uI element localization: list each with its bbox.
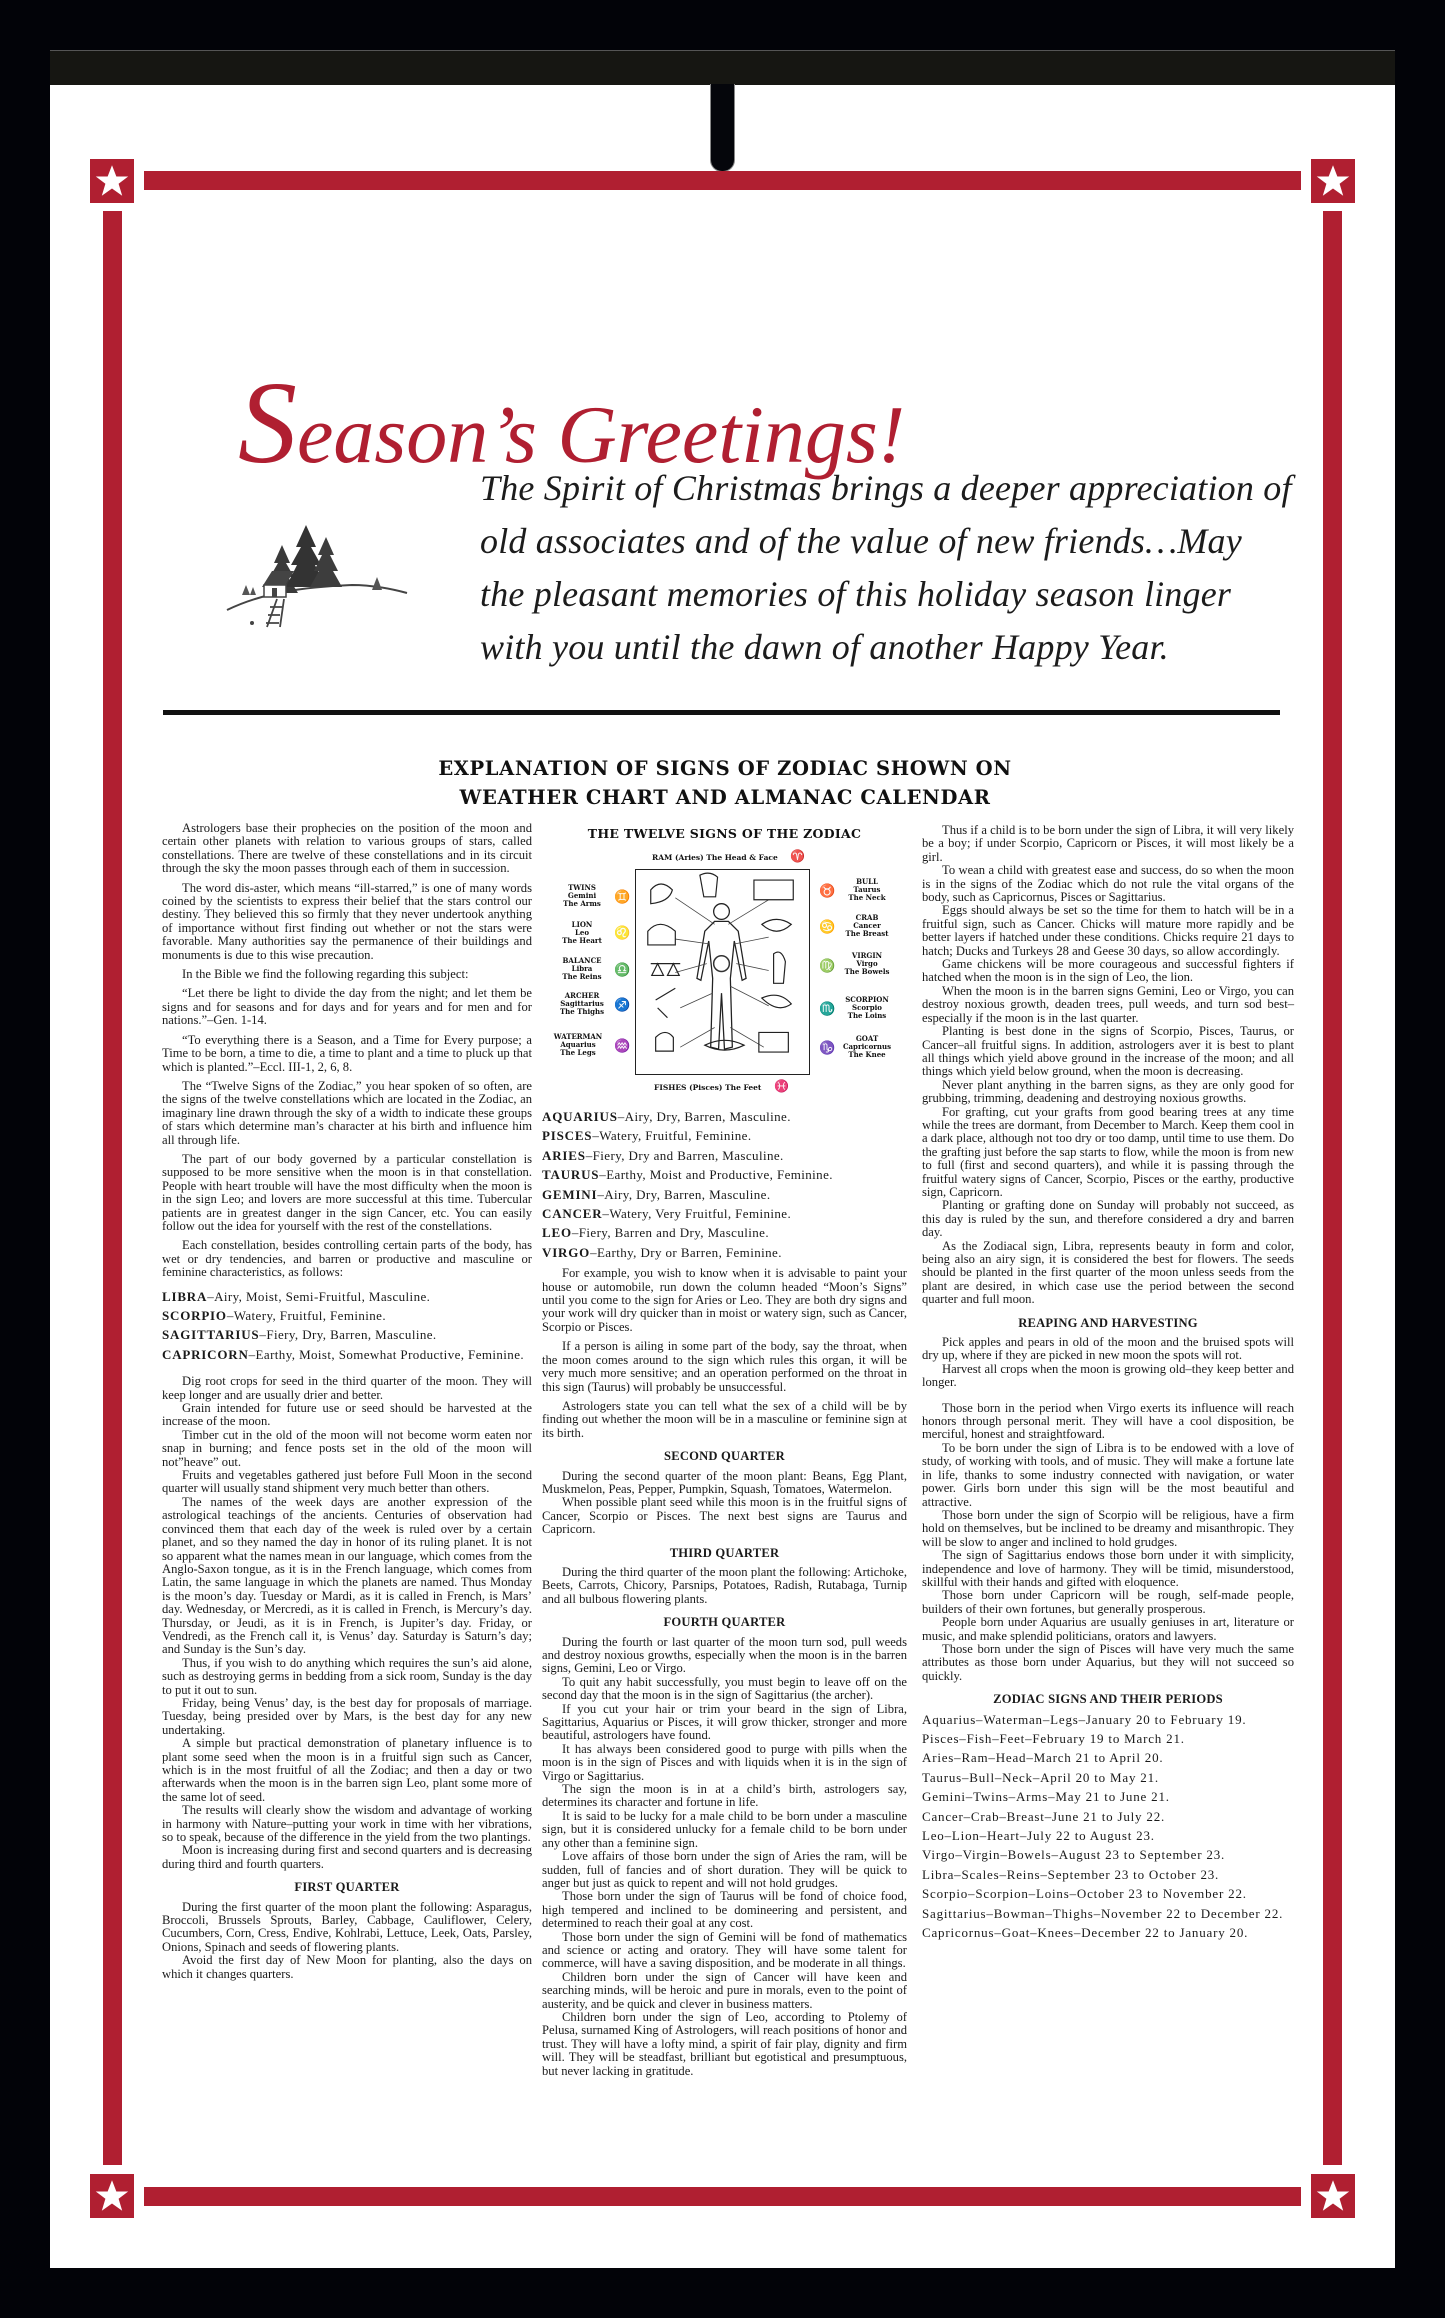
paragraph: Love affairs of those born under the sig… bbox=[542, 1850, 907, 1890]
label-line: The Knee bbox=[837, 1051, 897, 1059]
message-line: with you until the dawn of another Happy… bbox=[480, 621, 1240, 674]
zodiac-body-chart: THE TWELVE SIGNS OF THE ZODIAC RAM (Arie… bbox=[542, 826, 907, 1106]
border-top bbox=[144, 171, 1301, 190]
label-line: The Thighs bbox=[552, 1008, 612, 1016]
subheading-zodiac-periods: ZODIAC SIGNS AND THEIR PERIODS bbox=[922, 1693, 1294, 1706]
paragraph: Thus if a child is to be born under the … bbox=[922, 824, 1294, 864]
scorpio-glyph-icon: ♏ bbox=[819, 1002, 835, 1017]
sign-name: VIRGO bbox=[542, 1245, 590, 1260]
paragraph: The word dis-aster, which means “ill-sta… bbox=[162, 882, 532, 962]
paragraph: To be born under the sign of Libra is to… bbox=[922, 1442, 1294, 1509]
paragraph: Astrologers state you can tell what the … bbox=[542, 1400, 907, 1440]
message-line: The Spirit of Christmas brings a deeper … bbox=[480, 462, 1240, 515]
sagittarius-glyph-icon: ♐ bbox=[614, 998, 630, 1013]
paragraph: Those born under the sign of Pisces will… bbox=[922, 1643, 1294, 1683]
pisces-label: FISHES (Pisces) The Feet bbox=[654, 1083, 761, 1092]
capricorn-glyph-icon: ♑ bbox=[819, 1041, 835, 1056]
period-item: Taurus–Bull–Neck–April 20 to May 21. bbox=[922, 1771, 1294, 1784]
figure-label-sagittarius: ARCHERSagittariusThe Thighs bbox=[552, 992, 612, 1016]
paragraph: When possible plant seed while this moon… bbox=[542, 1496, 907, 1536]
message-line: old associates and of the value of new f… bbox=[480, 515, 1240, 568]
paragraph: “Let there be light to divide the day fr… bbox=[162, 987, 532, 1027]
sign-trait-line: VIRGO–Earthy, Dry or Barren, Feminine. bbox=[542, 1246, 907, 1259]
star-icon bbox=[1311, 159, 1355, 203]
sign-name: AQUARIUS bbox=[542, 1109, 618, 1124]
figure-label-aquarius: WATERMANAquariusThe Legs bbox=[548, 1033, 608, 1057]
subheading-reaping-harvesting: REAPING AND HARVESTING bbox=[922, 1317, 1294, 1330]
paragraph: As the Zodiacal sign, Libra, represents … bbox=[922, 1240, 1294, 1307]
paragraph: Those born under the sign of Scorpio wil… bbox=[922, 1509, 1294, 1549]
paragraph: Friday, being Venus’ day, is the best da… bbox=[162, 1697, 532, 1737]
label-line: The Legs bbox=[548, 1049, 608, 1057]
period-item: Gemini–Twins–Arms–May 21 to June 21. bbox=[922, 1790, 1294, 1803]
period-item: Virgo–Virgin–Bowels–August 23 to Septemb… bbox=[922, 1848, 1294, 1861]
paragraph: The results will clearly show the wisdom… bbox=[162, 1804, 532, 1844]
border-left bbox=[103, 211, 122, 2165]
section-title: EXPLANATION OF SIGNS OF ZODIAC SHOWN ON … bbox=[250, 754, 1200, 812]
sign-name: LEO bbox=[542, 1225, 572, 1240]
article-column-3: Thus if a child is to be born under the … bbox=[922, 824, 1294, 1945]
hanger-slot bbox=[710, 84, 735, 172]
period-item: Leo–Lion–Heart–July 22 to August 23. bbox=[922, 1829, 1294, 1842]
article-column-2: AQUARIUS–Airy, Dry, Barren, Masculine. P… bbox=[542, 1110, 907, 2078]
paragraph: Eggs should always be set so the time fo… bbox=[922, 904, 1294, 958]
pisces-glyph-icon: ♓ bbox=[774, 1079, 789, 1093]
sign-name: SAGITTARIUS bbox=[162, 1327, 259, 1342]
gemini-glyph-icon: ♊ bbox=[614, 890, 630, 905]
paragraph: Dig root crops for seed in the third qua… bbox=[162, 1375, 532, 1402]
sign-trait-line: ARIES–Fiery, Dry and Barren, Masculine. bbox=[542, 1149, 907, 1162]
period-item: Scorpio–Scorpion–Loins–October 23 to Nov… bbox=[922, 1887, 1294, 1900]
aries-glyph-icon: ♈ bbox=[790, 849, 805, 863]
sign-desc: –Airy, Moist, Semi-Fruitful, Masculine. bbox=[207, 1289, 430, 1304]
paragraph: Astrologers base their prophecies on the… bbox=[162, 822, 532, 876]
sign-name: ARIES bbox=[542, 1148, 586, 1163]
period-item: Aries–Ram–Head–March 21 to April 20. bbox=[922, 1751, 1294, 1764]
aquarius-glyph-icon: ♒ bbox=[614, 1039, 630, 1054]
sign-desc: –Watery, Very Fruitful, Feminine. bbox=[602, 1206, 791, 1221]
paragraph: If a person is ailing in some part of th… bbox=[542, 1340, 907, 1394]
leo-glyph-icon: ♌ bbox=[614, 926, 630, 941]
paragraph: Timber cut in the old of the moon will n… bbox=[162, 1429, 532, 1469]
label-line: The Loins bbox=[837, 1012, 897, 1020]
sign-name: SCORPIO bbox=[162, 1308, 227, 1323]
paragraph: It is said to be lucky for a male child … bbox=[542, 1810, 907, 1850]
label-line: The Neck bbox=[837, 894, 897, 902]
period-item: Sagittarius–Bowman–Thighs–November 22 to… bbox=[922, 1907, 1294, 1920]
paragraph: The names of the week days are another e… bbox=[162, 1496, 532, 1657]
sign-name: GEMINI bbox=[542, 1187, 597, 1202]
paragraph: During the fourth or last quarter of the… bbox=[542, 1636, 907, 1676]
period-item: Capricornus–Goat–Knees–December 22 to Ja… bbox=[922, 1926, 1294, 1939]
paragraph: Pick apples and pears in old of the moon… bbox=[922, 1336, 1294, 1363]
sign-trait-line: CAPRICORN–Earthy, Moist, Somewhat Produc… bbox=[162, 1348, 532, 1361]
message-line: the pleasant memories of this holiday se… bbox=[480, 568, 1240, 621]
calendar-binding-strip bbox=[50, 50, 1395, 85]
figure-label-leo: LIONLeoThe Heart bbox=[552, 921, 612, 945]
paragraph: Game chickens will be more courageous an… bbox=[922, 958, 1294, 985]
paragraph: Each constellation, besides controlling … bbox=[162, 1239, 532, 1279]
figure-label-taurus: BULLTaurusThe Neck bbox=[837, 878, 897, 902]
paragraph: “To everything there is a Season, and a … bbox=[162, 1034, 532, 1074]
sign-trait-line: LIBRA–Airy, Moist, Semi-Fruitful, Mascul… bbox=[162, 1290, 532, 1303]
sign-desc: –Fiery, Barren and Dry, Masculine. bbox=[572, 1225, 769, 1240]
period-item: Cancer–Crab–Breast–June 21 to July 22. bbox=[922, 1810, 1294, 1823]
figure-title: THE TWELVE SIGNS OF THE ZODIAC bbox=[542, 826, 907, 841]
sign-trait-line: TAURUS–Earthy, Moist and Productive, Fem… bbox=[542, 1168, 907, 1181]
sign-desc: –Fiery, Dry, Barren, Masculine. bbox=[259, 1327, 436, 1342]
sign-name: LIBRA bbox=[162, 1289, 207, 1304]
sign-trait-line: AQUARIUS–Airy, Dry, Barren, Masculine. bbox=[542, 1110, 907, 1123]
paragraph: When the moon is in the barren signs Gem… bbox=[922, 985, 1294, 1025]
aries-label: RAM (Aries) The Head & Face bbox=[652, 853, 778, 862]
subheading-first-quarter: FIRST QUARTER bbox=[162, 1881, 532, 1894]
subheading-third-quarter: THIRD QUARTER bbox=[542, 1547, 907, 1560]
sign-desc: –Airy, Dry, Barren, Masculine. bbox=[597, 1187, 770, 1202]
paragraph: Avoid the first day of New Moon for plan… bbox=[162, 1954, 532, 1981]
paragraph: A simple but practical demonstration of … bbox=[162, 1737, 532, 1804]
sign-desc: –Fiery, Dry and Barren, Masculine. bbox=[586, 1148, 784, 1163]
sign-desc: –Airy, Dry, Barren, Masculine. bbox=[618, 1109, 791, 1124]
figure-label-scorpio: SCORPIONScorpioThe Loins bbox=[837, 996, 897, 1020]
paragraph: To quit any habit successfully, you must… bbox=[542, 1676, 907, 1703]
period-item: Pisces–Fish–Feet–February 19 to March 21… bbox=[922, 1732, 1294, 1745]
article-column-1: Astrologers base their prophecies on the… bbox=[162, 822, 532, 1981]
label-line: The Heart bbox=[552, 937, 612, 945]
figure-label-cancer: CRABCancerThe Breast bbox=[837, 914, 897, 938]
paragraph: During the second quarter of the moon pl… bbox=[542, 1470, 907, 1497]
border-bottom bbox=[144, 2187, 1301, 2206]
period-item: Aquarius–Waterman–Legs–January 20 to Feb… bbox=[922, 1713, 1294, 1726]
sign-desc: –Earthy, Moist and Productive, Feminine. bbox=[599, 1167, 833, 1182]
greeting-message: The Spirit of Christmas brings a deeper … bbox=[480, 462, 1240, 674]
paragraph: People born under Aquarius are usually g… bbox=[922, 1616, 1294, 1643]
paragraph: Grain intended for future use or seed sh… bbox=[162, 1402, 532, 1429]
sign-name: TAURUS bbox=[542, 1167, 599, 1182]
paragraph: Never plant anything in the barren signs… bbox=[922, 1079, 1294, 1106]
star-icon bbox=[1311, 2174, 1355, 2218]
sign-desc: –Earthy, Dry or Barren, Feminine. bbox=[590, 1245, 782, 1260]
sign-trait-line: SCORPIO–Watery, Fruitful, Feminine. bbox=[162, 1309, 532, 1322]
paragraph: Planting is best done in the signs of Sc… bbox=[922, 1025, 1294, 1079]
figure-top-label: RAM (Aries) The Head & Face ♈ bbox=[652, 849, 812, 863]
label-line: The Bowels bbox=[837, 968, 897, 976]
sign-desc: –Watery, Fruitful, Feminine. bbox=[227, 1308, 386, 1323]
label-line: The Breast bbox=[837, 930, 897, 938]
virgo-glyph-icon: ♍ bbox=[819, 959, 835, 974]
paragraph: The sign of Sagittarius endows those bor… bbox=[922, 1549, 1294, 1589]
paragraph: Children born under the sign of Cancer w… bbox=[542, 1971, 907, 2011]
star-icon bbox=[90, 159, 134, 203]
sign-trait-line: PISCES–Watery, Fruitful, Feminine. bbox=[542, 1129, 907, 1142]
paragraph: Harvest all crops when the moon is growi… bbox=[922, 1363, 1294, 1390]
greeting-initial: S bbox=[238, 357, 297, 488]
paragraph: It has always been considered good to pu… bbox=[542, 1743, 907, 1783]
period-item: Libra–Scales–Reins–September 23 to Octob… bbox=[922, 1868, 1294, 1881]
paragraph: Fruits and vegetables gathered just befo… bbox=[162, 1469, 532, 1496]
sign-trait-line: GEMINI–Airy, Dry, Barren, Masculine. bbox=[542, 1188, 907, 1201]
figure-label-virgo: VIRGINVirgoThe Bowels bbox=[837, 952, 897, 976]
paragraph: Those born in the period when Virgo exer… bbox=[922, 1402, 1294, 1442]
paragraph: The sign the moon is in at a child’s bir… bbox=[542, 1783, 907, 1810]
paragraph: The “Twelve Signs of the Zodiac,” you he… bbox=[162, 1080, 532, 1147]
cancer-glyph-icon: ♋ bbox=[819, 920, 835, 935]
zodiac-periods-list: Aquarius–Waterman–Legs–January 20 to Feb… bbox=[922, 1713, 1294, 1940]
sign-desc: –Watery, Fruitful, Feminine. bbox=[592, 1128, 751, 1143]
label-line: The Arms bbox=[552, 900, 612, 908]
libra-glyph-icon: ♎ bbox=[614, 963, 630, 978]
figure-label-capricorn: GOATCapricornusThe Knee bbox=[837, 1035, 897, 1059]
snowy-cabin-illustration-icon bbox=[222, 515, 412, 630]
paragraph: Those born under Capricorn will be rough… bbox=[922, 1589, 1294, 1616]
sign-name: CANCER bbox=[542, 1206, 602, 1221]
paragraph: During the third quarter of the moon pla… bbox=[542, 1566, 907, 1606]
sign-name: PISCES bbox=[542, 1128, 592, 1143]
taurus-glyph-icon: ♉ bbox=[819, 884, 835, 899]
zodiac-man-illustration-icon bbox=[635, 869, 810, 1075]
subheading-fourth-quarter: FOURTH QUARTER bbox=[542, 1616, 907, 1629]
paragraph: During the first quarter of the moon pla… bbox=[162, 1901, 532, 1955]
sign-trait-line: LEO–Fiery, Barren and Dry, Masculine. bbox=[542, 1226, 907, 1239]
paragraph: Thus, if you wish to do anything which r… bbox=[162, 1657, 532, 1697]
paragraph: Those born under the sign of Taurus will… bbox=[542, 1890, 907, 1930]
paragraph: The part of our body governed by a parti… bbox=[162, 1153, 532, 1233]
paragraph: Those born under the sign of Gemini will… bbox=[542, 1931, 907, 1971]
star-icon bbox=[90, 2174, 134, 2218]
paragraph: To wean a child with greatest ease and s… bbox=[922, 864, 1294, 904]
sign-desc: –Earthy, Moist, Somewhat Productive, Fem… bbox=[249, 1347, 524, 1362]
figure-bottom-label: FISHES (Pisces) The Feet ♓ bbox=[654, 1079, 814, 1093]
figure-label-gemini: TWINSGeminiThe Arms bbox=[552, 884, 612, 908]
paragraph: Moon is increasing during first and seco… bbox=[162, 1844, 532, 1871]
section-divider bbox=[163, 710, 1280, 715]
paragraph: In the Bible we find the following regar… bbox=[162, 968, 532, 981]
figure-label-libra: BALANCELibraThe Reins bbox=[552, 957, 612, 981]
sign-trait-line: SAGITTARIUS–Fiery, Dry, Barren, Masculin… bbox=[162, 1328, 532, 1341]
paragraph: For example, you wish to know when it is… bbox=[542, 1267, 907, 1334]
subheading-second-quarter: SECOND QUARTER bbox=[542, 1450, 907, 1463]
sign-name: CAPRICORN bbox=[162, 1347, 249, 1362]
border-right bbox=[1323, 211, 1342, 2165]
sign-trait-line: CANCER–Watery, Very Fruitful, Feminine. bbox=[542, 1207, 907, 1220]
section-title-line: EXPLANATION OF SIGNS OF ZODIAC SHOWN ON bbox=[250, 754, 1200, 783]
paragraph: For grafting, cut your grafts from good … bbox=[922, 1106, 1294, 1200]
label-line: The Reins bbox=[552, 973, 612, 981]
paragraph: If you cut your hair or trim your beard … bbox=[542, 1703, 907, 1743]
paragraph: Planting or grafting done on Sunday will… bbox=[922, 1199, 1294, 1239]
section-title-line: WEATHER CHART AND ALMANAC CALENDAR bbox=[250, 783, 1200, 812]
paragraph: Children born under the sign of Leo, acc… bbox=[542, 2011, 907, 2078]
